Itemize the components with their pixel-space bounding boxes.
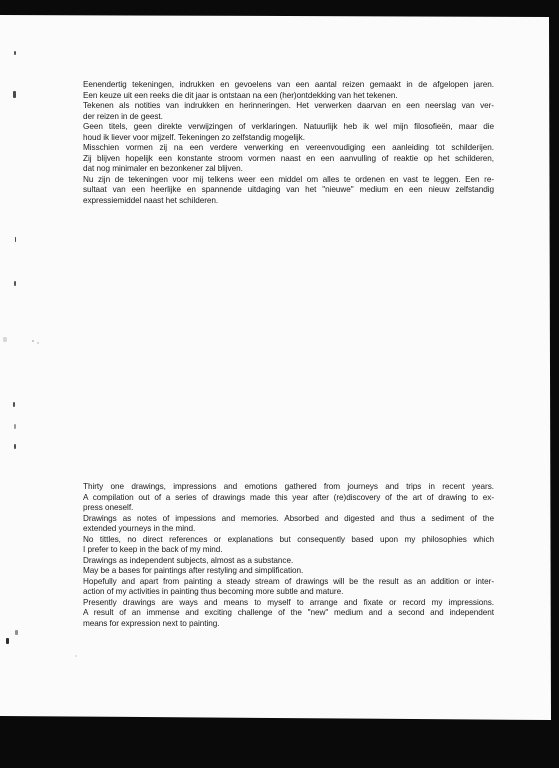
text-line: Drawings as independent subjects, almost… [83,556,494,567]
text-line: May be a bases for paintings after resty… [83,566,494,577]
scan-speck [3,337,8,342]
scan-speck [14,51,16,55]
text-line: Hopefully and apart from painting a stea… [83,577,494,588]
text-line: No tittles, no direct references or expl… [83,535,494,546]
text-line: Drawings as notes of impessions and memo… [83,514,494,525]
text-line: press oneself. [83,503,494,514]
text-line: Thirty one drawings, impressions and emo… [83,482,494,493]
text-line: Een keuze uit een reeks die dit jaar is … [83,91,494,102]
dutch-text-block: Eenendertig tekeningen, indrukken en gev… [83,80,494,206]
scan-speck [32,340,34,342]
scan-speck [6,638,9,644]
text-line: der reizen in de geest. [83,112,494,123]
scan-speck [13,91,15,98]
scan-speck [14,444,16,449]
text-line: extended yourneys in the mind. [83,524,494,535]
text-line: dat nog minimaler en bezonkener zal blij… [83,164,494,175]
english-text-block: Thirty one drawings, impressions and emo… [83,482,494,629]
scan-speck [14,281,16,286]
text-line: Nu zijn de tekeningen voor mij telkens w… [83,175,494,186]
scanned-page-background: Eenendertig tekeningen, indrukken en gev… [0,0,559,768]
scan-speck [15,630,18,635]
text-line: sultaat van een heerlijke en spannende u… [83,185,494,196]
scan-speck [14,424,15,429]
text-line: houd ik liever voor mijzelf. Tekeningen … [83,133,494,144]
text-line: Geen titels, geen direkte verwijzingen o… [83,122,494,133]
text-line: Presently drawings are ways and means to… [83,598,494,609]
scan-speck [75,655,77,657]
text-line: Eenendertig tekeningen, indrukken en gev… [83,80,494,91]
text-line: A result of an immense and exciting chal… [83,608,494,619]
scan-speck [13,402,15,407]
scan-speck [37,342,39,344]
text-line: Misschien vormen zij na een verdere verw… [83,143,494,154]
text-line: action of my activities in painting thus… [83,587,494,598]
text-line: Zij blijven hopelijk een konstante stroo… [83,154,494,165]
text-line: means for expression next to painting. [83,619,494,630]
text-line: A compilation out of a series of drawing… [83,493,494,504]
text-line: expressiemiddel naast het schilderen. [83,196,494,207]
text-line: Tekenen als notities van indrukken en he… [83,101,494,112]
scan-speck [15,237,17,242]
paper: Eenendertig tekeningen, indrukken en gev… [0,0,559,768]
text-line: I prefer to keep in the back of my mind. [83,545,494,556]
